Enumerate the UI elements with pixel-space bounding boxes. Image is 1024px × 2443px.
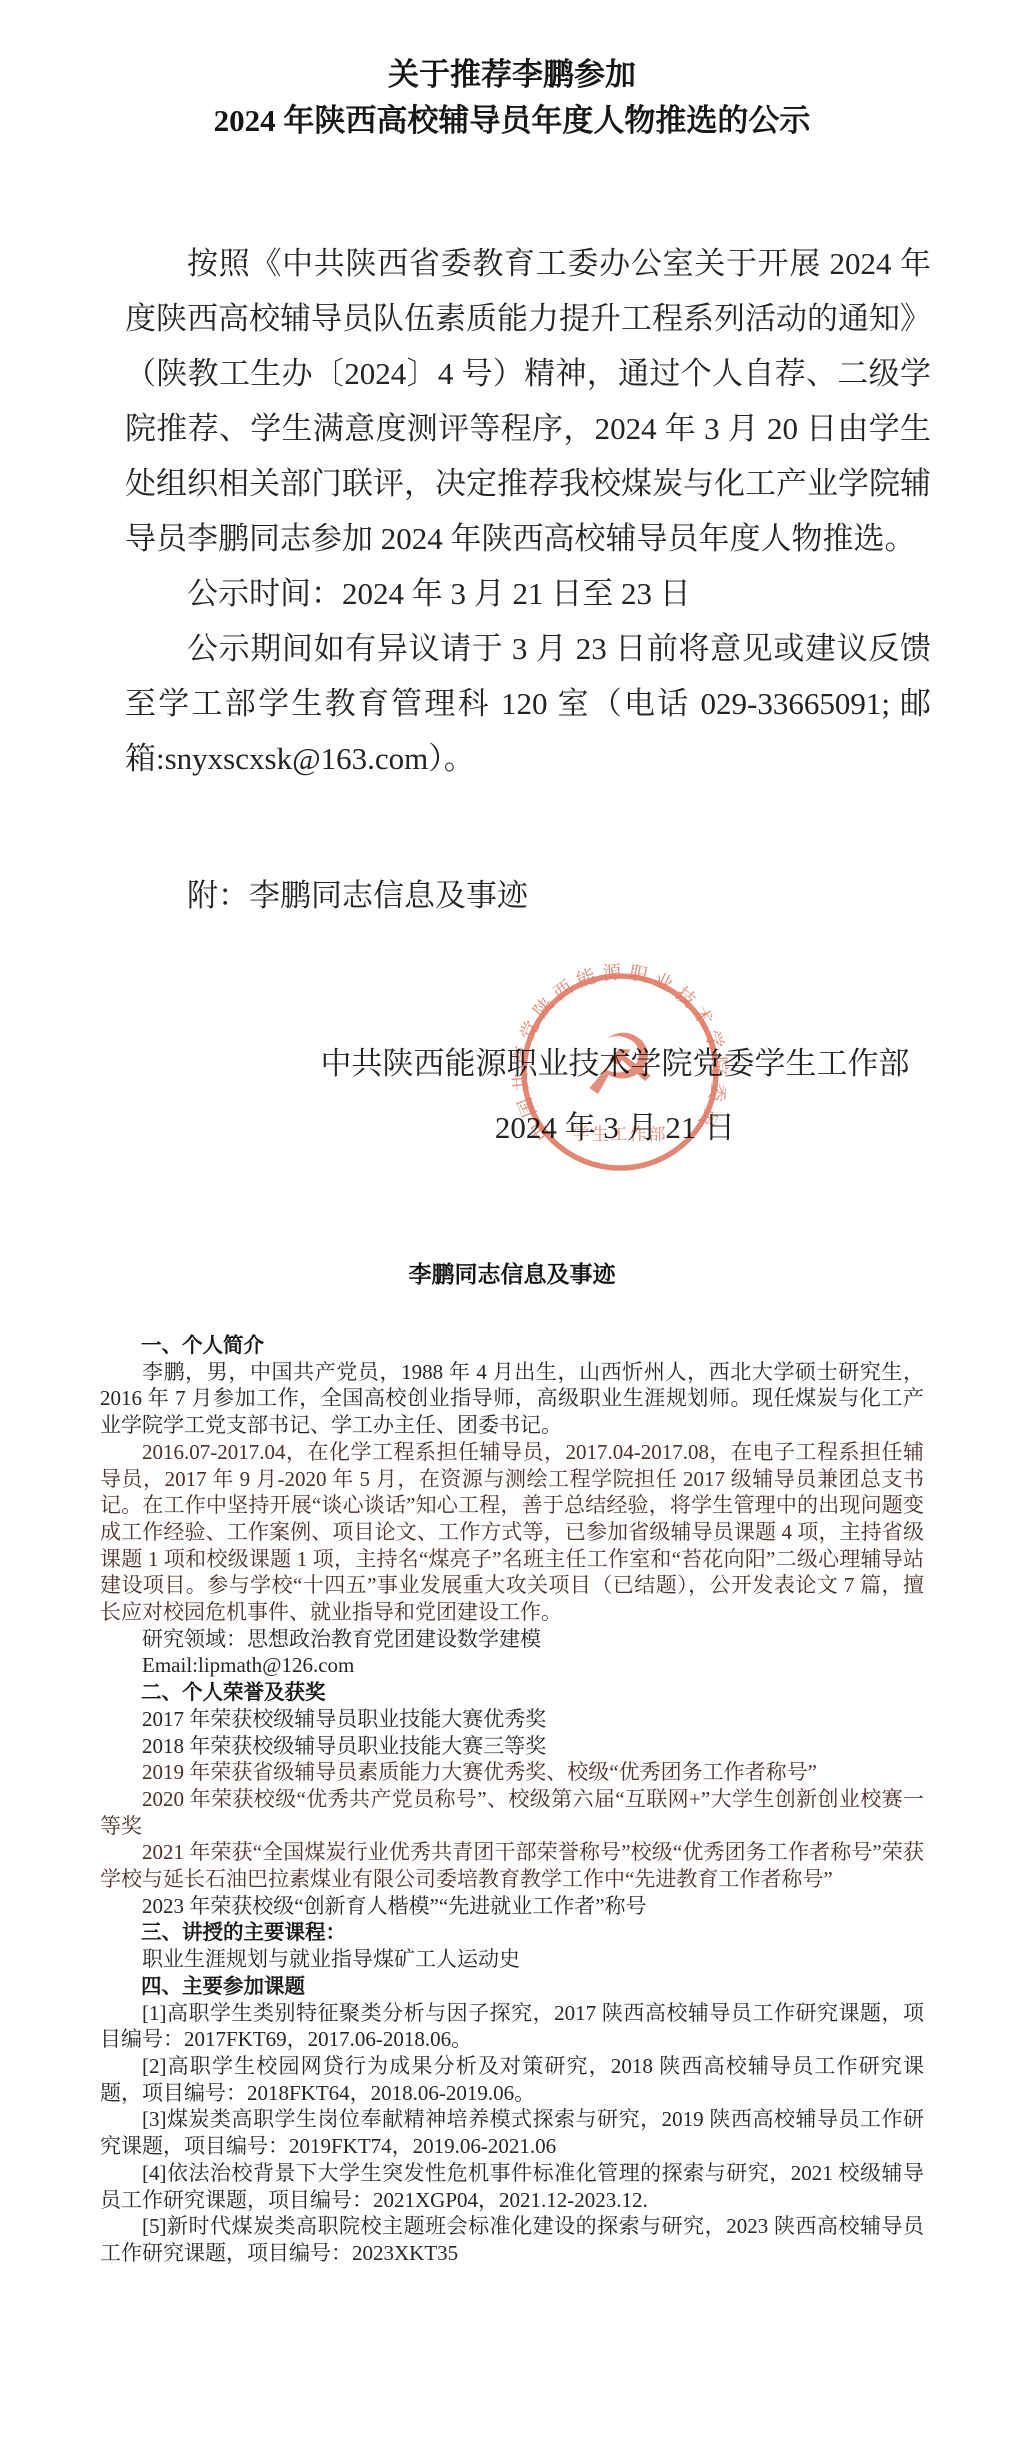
- topic-item: [5]新时代煤炭类高职院校主题班会标准化建设的探索与研究，2023 陕西高校辅导…: [100, 2213, 924, 2266]
- award-item: 2021 年荣获“全国煤炭行业优秀共青团干部荣誉称号”校级“优秀团务工作者称号”…: [100, 1839, 924, 1892]
- topic-item: [3]煤炭类高职学生岗位奉献精神培养模式探索与研究，2019 陕西高校辅导员工作…: [100, 2106, 924, 2159]
- attachment-note: 附：李鹏同志信息及事迹: [125, 876, 931, 916]
- award-item: 2018 年荣获校级辅导员职业技能大赛三等奖: [100, 1733, 924, 1760]
- notice-title-line1: 关于推荐李鹏参加: [0, 52, 1024, 98]
- profile-section3-title: 三、讲授的主要课程：: [100, 1919, 924, 1946]
- topic-item: [4]依法治校背景下大学生突发性危机事件标准化管理的探索与研究，2021 校级辅…: [100, 2160, 924, 2213]
- profile-section1-title: 一、个人简介: [100, 1332, 924, 1359]
- topic-item: [2]高职学生校园网贷行为成果分析及对策研究，2018 陕西高校辅导员工作研究课…: [100, 2053, 924, 2106]
- profile-section2-title: 二、个人荣誉及获奖: [100, 1679, 924, 1706]
- award-item: 2019 年荣获省级辅导员素质能力大赛优秀奖、校级“优秀团务工作者称号”: [100, 1759, 924, 1786]
- profile-career-paragraph: 2016.07-2017.04，在化学工程系担任辅导员，2017.04-2017…: [100, 1439, 924, 1626]
- profile-section: 李鹏同志信息及事迹 一、个人简介 李鹏，男，中国共产党员，1988 年 4 月出…: [100, 1260, 924, 2267]
- notice-paragraph-time: 公示时间：2024 年 3 月 21 日至 23 日: [125, 566, 931, 621]
- notice-body: 按照《中共陕西省委教育工委办公室关于开展 2024 年度陕西高校辅导员队伍素质能…: [125, 236, 931, 786]
- notice-title-line2: 2024 年陕西高校辅导员年度人物推选的公示: [0, 98, 1024, 144]
- signature-date: 2024 年 3 月 21 日: [206, 1096, 1024, 1160]
- award-item: 2023 年荣获校级“创新育人楷模”“先进就业工作者”称号: [100, 1893, 924, 1920]
- award-item: 2020 年荣获校级“优秀共产党员称号”、校级第六届“互联网+”大学生创新创业校…: [100, 1786, 924, 1839]
- topic-item: [1]高职学生类别特征聚类分析与因子探究，2017 陕西高校辅导员工作研究课题，…: [100, 2000, 924, 2053]
- profile-research-field: 研究领域：思想政治教育党团建设数学建模: [100, 1626, 924, 1653]
- profile-courses: 职业生涯规划与就业指导煤矿工人运动史: [100, 1946, 924, 1973]
- profile-heading: 李鹏同志信息及事迹: [100, 1260, 924, 1290]
- notice-title: 关于推荐李鹏参加 2024 年陕西高校辅导员年度人物推选的公示: [0, 52, 1024, 144]
- notice-paragraph-feedback: 公示期间如有异议请于 3 月 23 日前将意见或建议反馈至学工部学生教育管理科 …: [125, 621, 931, 786]
- profile-section4-title: 四、主要参加课题: [100, 1973, 924, 2000]
- profile-email: Email:lipmath@126.com: [100, 1652, 924, 1679]
- scanned-notice-document: { "notice": { "title_line1": "关于推荐李鹏参加",…: [0, 0, 1024, 2443]
- notice-paragraph-main: 按照《中共陕西省委教育工委办公室关于开展 2024 年度陕西高校辅导员队伍素质能…: [125, 236, 931, 566]
- profile-intro-paragraph: 李鹏，男，中国共产党员，1988 年 4 月出生，山西忻州人，西北大学硕士研究生…: [100, 1359, 924, 1439]
- signature-block: 中共陕西能源职业技术学院党委学生工作部 2024 年 3 月 21 日: [206, 1032, 1024, 1160]
- award-item: 2017 年荣获校级辅导员职业技能大赛优秀奖: [100, 1706, 924, 1733]
- signature-org: 中共陕西能源职业技术学院党委学生工作部: [206, 1032, 1024, 1096]
